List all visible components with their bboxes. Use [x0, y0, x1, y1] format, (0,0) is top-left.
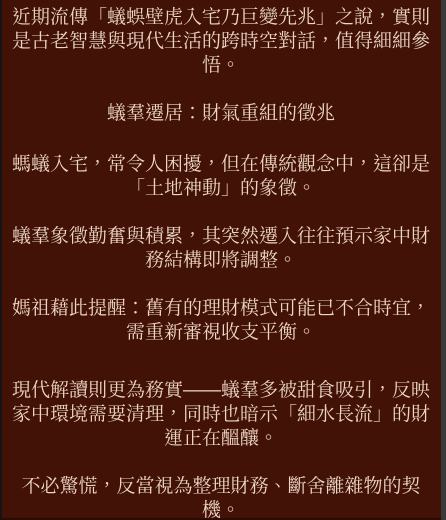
paragraph-conclusion: 不必驚慌，反當視為整理財務、斷舍離雜物的契機。	[10, 475, 432, 520]
paragraph-modern-interpretation: 現代解讀則更為務實——蟻羣多被甜食吸引，反映家中環境需要清理，同時也暗示「細水長…	[10, 379, 432, 451]
article-content: 近期流傳「蟻蜈壁虎入宅乃巨變先兆」之說，實則是古老智慧與現代生活的跨時空對話，值…	[4, 0, 438, 518]
paragraph-ant-symbolism: 蟻羣象徵勤奮與積累，其突然遷入往往預示家中財務結構即將調整。	[10, 225, 432, 273]
intro-paragraph: 近期流傳「蟻蜈壁虎入宅乃巨變先兆」之說，實則是古老智慧與現代生活的跨時空對話，值…	[10, 6, 432, 78]
section-heading: 蟻羣遷居：財氣重組的徵兆	[10, 102, 432, 126]
article-page: 近期流傳「蟻蜈壁虎入宅乃巨變先兆」之說，實則是古老智慧與現代生活的跨時空對話，值…	[0, 0, 446, 520]
scrollbar-track[interactable]	[441, 0, 446, 520]
paragraph-mazu-reminder: 媽祖藉此提醒：舊有的理財模式可能已不合時宜，需重新審視收支平衡。	[10, 297, 432, 345]
paragraph-ant-entering: 螞蟻入宅，常令人困擾，但在傳統觀念中，這卻是「土地神動」的象徵。	[10, 153, 432, 201]
